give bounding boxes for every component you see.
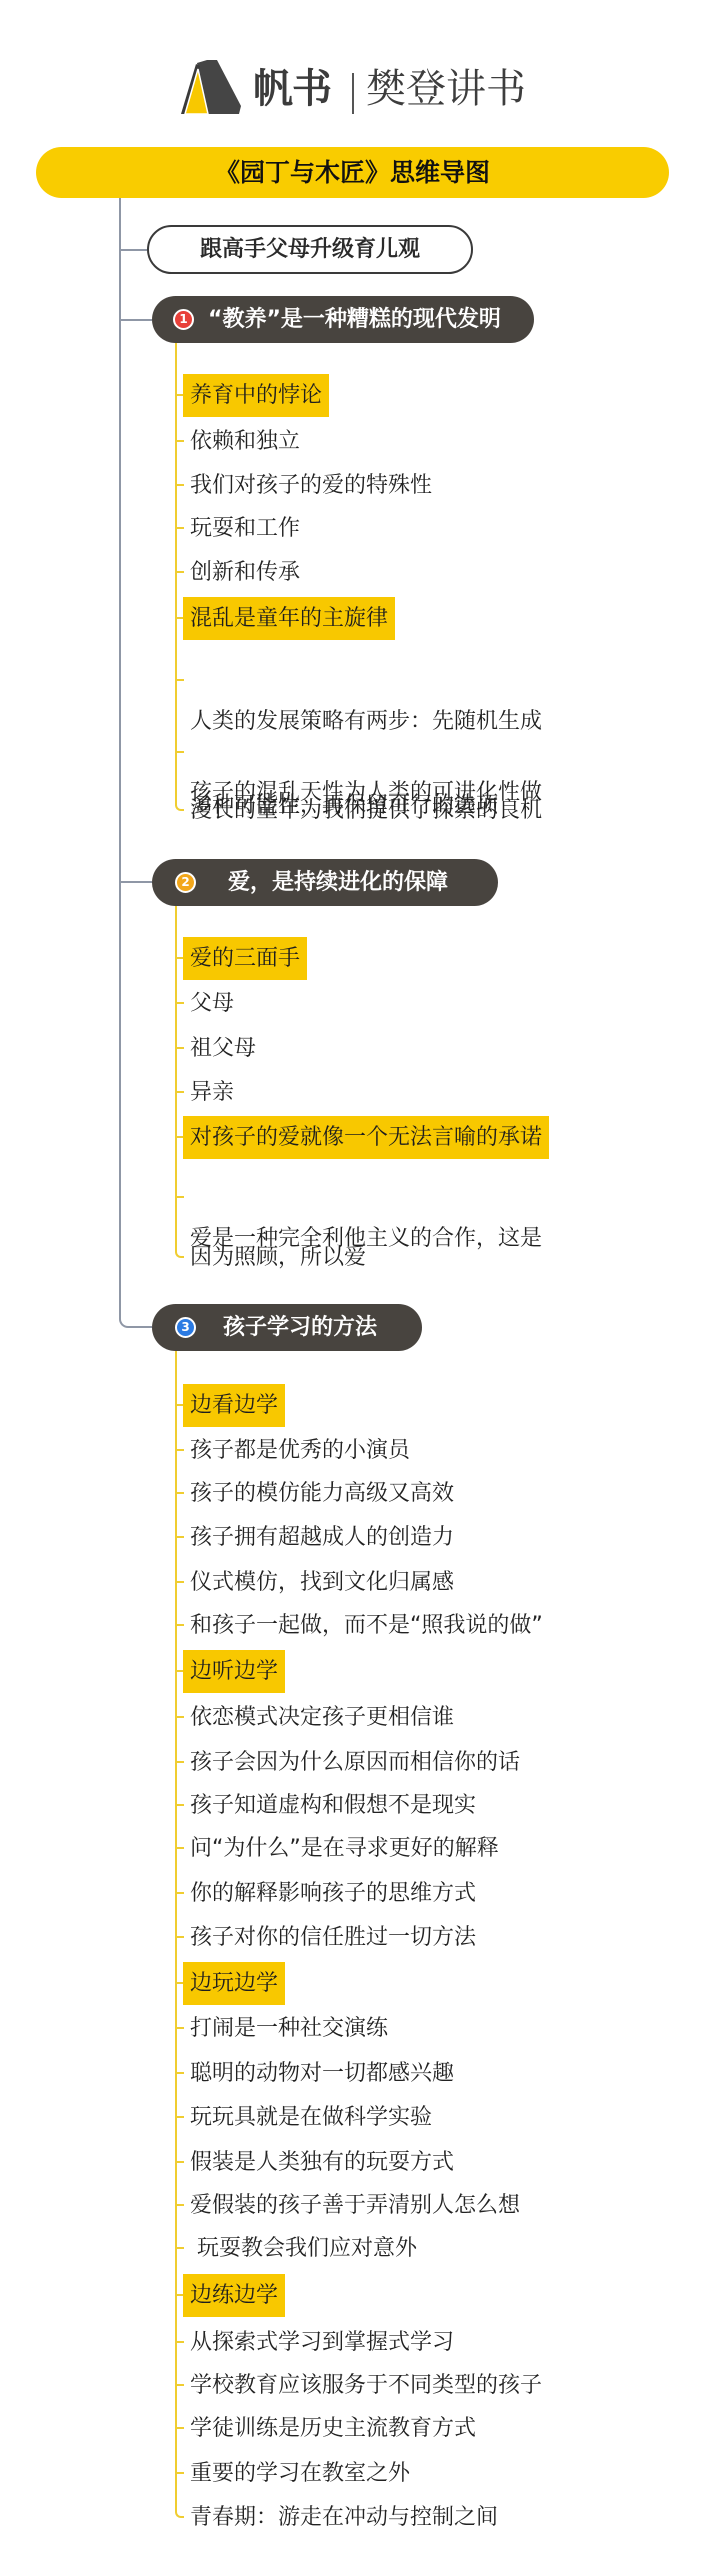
list-item: 孩子拥有超越成人的创造力: [183, 1516, 461, 1559]
number-badge-icon: 2: [175, 872, 196, 893]
list-item: 玩玩具就是在做科学实验: [183, 2096, 439, 2139]
branch-line: [175, 1351, 177, 2508]
list-item: 打闹是一种社交演练: [183, 2007, 395, 2050]
list-item: 你的解释影响孩子的思维方式: [183, 1872, 483, 1915]
list-item: 学徒训练是历史主流教育方式: [183, 2407, 483, 2450]
list-item: 孩子知道虚构和假想不是现实: [183, 1784, 483, 1827]
list-item: 青春期：游走在冲动与控制之间: [183, 2496, 505, 2539]
list-item: 因为照顾，所以爱: [183, 1236, 373, 1279]
sail-book-logo-icon: [180, 59, 242, 114]
trunk-branch-section-3: [119, 1316, 152, 1328]
list-item: 假装是人类独有的玩耍方式: [183, 2141, 461, 2184]
subtopic-heading: 养育中的悖论: [183, 374, 329, 417]
list-item: 孩子的模仿能力高级又高效: [183, 1472, 461, 1515]
title-bar: 《园丁与木匠》思维导图: [36, 147, 669, 198]
trunk-branch-section-2: [119, 881, 152, 883]
subtopic-heading: 混乱是童年的主旋律: [183, 597, 395, 640]
logo-divider: [352, 73, 354, 114]
section-title: “教养”是一种糟糕的现代发明: [208, 296, 501, 343]
logo-brand: 帆书: [253, 64, 331, 114]
list-item: 学校教育应该服务于不同类型的孩子: [183, 2364, 549, 2407]
list-item: 爱是一种完全利他主义的合作，这是 人类基因的一种表达: [183, 1169, 549, 1225]
list-item: 我们对孩子的爱的特殊性: [183, 464, 439, 507]
list-item: 问“为什么”是在寻求更好的解释: [183, 1827, 506, 1870]
list-item: 孩子都是优秀的小演员: [183, 1429, 417, 1472]
list-item: 漫长的童年为我们提供了探索的良机: [183, 789, 549, 832]
subtopic-heading: 对孩子的爱就像一个无法言喻的承诺: [183, 1116, 549, 1159]
list-item: 祖父母: [183, 1027, 263, 1070]
section-node-1: 1 “教养”是一种糟糕的现代发明: [152, 296, 534, 343]
subtopic-heading: 边看边学: [183, 1384, 285, 1427]
subtopic-heading: 边练边学: [183, 2274, 285, 2317]
list-item: 父母: [183, 982, 241, 1025]
logo-product: 樊登讲书: [366, 64, 526, 114]
list-item: 爱假装的孩子善于弄清别人怎么想: [183, 2184, 527, 2227]
subtitle-text: 跟高手父母升级育儿观: [200, 237, 420, 262]
list-item: 玩耍教会我们应对意外: [183, 2227, 424, 2270]
trunk-line: [119, 198, 121, 1318]
list-item: 孩子的混乱天性为人类的可进化性做 出了特有的贡献: [183, 723, 549, 779]
list-item: 孩子会因为什么原因而相信你的话: [183, 1741, 527, 1784]
subtopic-heading: 爱的三面手: [183, 937, 307, 980]
subtopic-heading: 边听边学: [183, 1650, 285, 1693]
trunk-branch-section-1: [119, 319, 152, 321]
list-item: 人类的发展策略有两步：先随机生成 多种可能性，再保留可行的选项: [183, 652, 549, 708]
page-title: 《园丁与木匠》思维导图: [215, 158, 490, 187]
list-item: 仪式模仿，找到文化归属感: [183, 1561, 461, 1604]
list-item: 依赖和独立: [183, 420, 307, 463]
list-item: 从探索式学习到掌握式学习: [183, 2321, 461, 2364]
list-item: 重要的学习在教室之外: [183, 2452, 417, 2495]
number-badge-icon: 3: [175, 1317, 196, 1338]
section-node-2: 2 爱，是持续进化的保障: [152, 859, 498, 906]
section-title: 孩子学习的方法: [223, 1304, 377, 1351]
list-item: 玩耍和工作: [183, 507, 307, 550]
trunk-branch-subtitle: [119, 249, 147, 251]
list-item: 异亲: [183, 1071, 241, 1114]
section-node-3: 3 孩子学习的方法: [152, 1304, 422, 1351]
subtopic-heading: 边玩边学: [183, 1962, 285, 2005]
list-item: 创新和传承: [183, 551, 307, 594]
subtitle-node: 跟高手父母升级育儿观: [147, 225, 473, 274]
number-badge-icon: 1: [173, 309, 194, 330]
list-item: 和孩子一起做，而不是“照我说的做”: [183, 1604, 550, 1647]
list-item: 依恋模式决定孩子更相信谁: [183, 1696, 461, 1739]
list-item: 孩子对你的信任胜过一切方法: [183, 1916, 483, 1959]
list-item: 聪明的动物对一切都感兴趣: [183, 2052, 461, 2095]
section-title: 爱，是持续进化的保障: [228, 859, 448, 906]
